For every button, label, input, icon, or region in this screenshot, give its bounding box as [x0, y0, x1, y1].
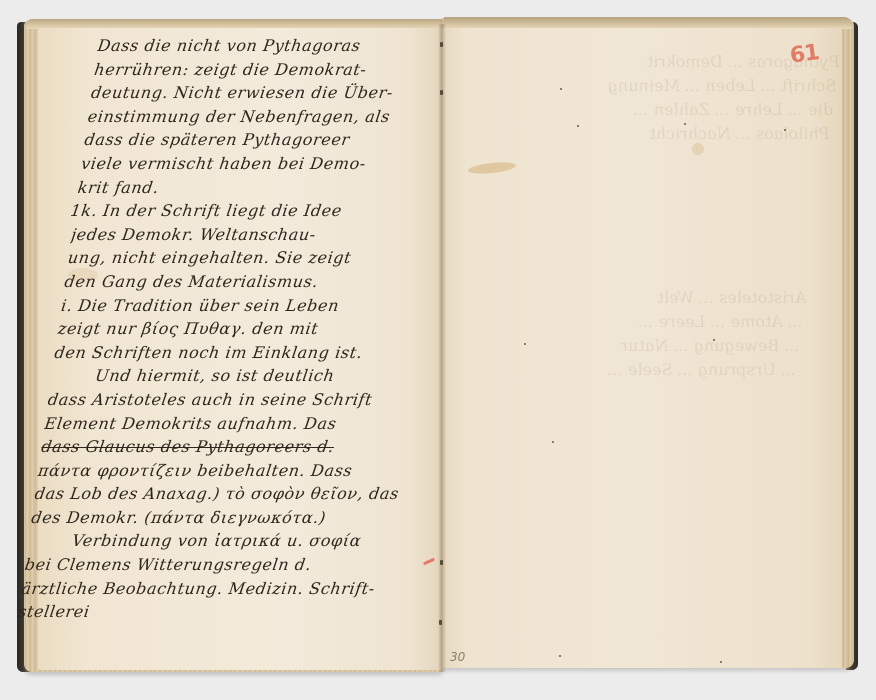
paper-speck [684, 123, 686, 125]
binding-stitch [440, 560, 443, 565]
bleed-line: ... Bewegung ... Natur [458, 334, 801, 358]
paper-speck [784, 129, 786, 131]
manuscript-line: zeigt nur βίος Πυθαγ. den mit [56, 317, 429, 341]
manuscript-line: ärztliche Beobachtung. Medizin. Schrift- [20, 577, 393, 601]
paper-speck [552, 441, 554, 443]
manuscript-line: krit fand. [76, 176, 449, 200]
paper-speck [560, 88, 562, 90]
bleed-line: Philolaos ... Nachricht [488, 122, 831, 146]
manuscript-line: 1k. In der Schrift liegt die Idee [69, 199, 446, 223]
bleed-line: ... Ursprung ... Seele ... [455, 358, 798, 382]
bleed-line: Aristoteles ... Welt [465, 286, 808, 310]
manuscript-line: Element Demokrits aufnahm. Das [43, 412, 416, 436]
page-number-pencil: 30 [450, 650, 465, 664]
manuscript-line: dass die späteren Pythagoreer [83, 128, 456, 152]
manuscript-line-struck-through: dass Glaucus des Pythagoreers d. [40, 435, 413, 459]
manuscript-line: dass Aristoteles auch in seine Schrift [46, 388, 419, 412]
paper-speck [559, 655, 561, 657]
paper-speck [577, 125, 579, 127]
bleed-line: die ... Lehre ... Zahlen ... [491, 98, 834, 122]
manuscript-line: ung, nicht eingehalten. Sie zeigt [66, 246, 439, 270]
open-notebook: Pythagoras ... Demokrit Schrift ... Lebe… [0, 0, 876, 700]
bleed-through-text: Pythagoras ... Demokrit Schrift ... Lebe… [455, 50, 842, 382]
manuscript-line: das Lob des Anaxag.) τὸ σοφὸν θεῖον, das [33, 482, 406, 506]
manuscript-line: den Schriften noch im Einklang ist. [53, 341, 426, 365]
paper-speck [713, 339, 715, 341]
manuscript-line: Verbindung von ἰατρικά u. σοφία [26, 529, 399, 553]
manuscript-line: den Gang des Materialismus. [63, 270, 436, 294]
manuscript-line: πάντα φροντίζειν beibehalten. Dass [36, 459, 409, 483]
manuscript-line: deutung. Nicht erwiesen die Über- [90, 81, 463, 105]
binding-stitch [439, 620, 442, 625]
manuscript-line: viele vermischt haben bei Demo- [80, 152, 453, 176]
manuscript-line: stellerei [17, 600, 390, 624]
manuscript-line: einstimmung der Nebenfragen, als [86, 105, 459, 129]
bleed-line: Schrift ... Leben ... Meinung [495, 74, 838, 98]
manuscript-line: Dass die nicht von Pythagoras [96, 34, 469, 58]
bleed-line: ... Atome ... Leere ... [461, 310, 804, 334]
manuscript-line: Und hiermit, so ist deutlich [50, 364, 423, 388]
paper-speck [524, 343, 526, 345]
manuscript-line: bei Clemens Witterungsregeln d. [23, 553, 396, 577]
manuscript-line: jedes Demokr. Weltanschau- [70, 223, 443, 247]
manuscript-line: herrühren: zeigt die Demokrat- [93, 58, 466, 82]
paper-speck [720, 661, 722, 663]
folio-number-red: 61 [788, 40, 820, 69]
manuscript-line: i. Die Tradition über sein Leben [60, 294, 433, 318]
manuscript-line: des Demokr. (πάντα διεγνωκότα.) [30, 506, 403, 530]
